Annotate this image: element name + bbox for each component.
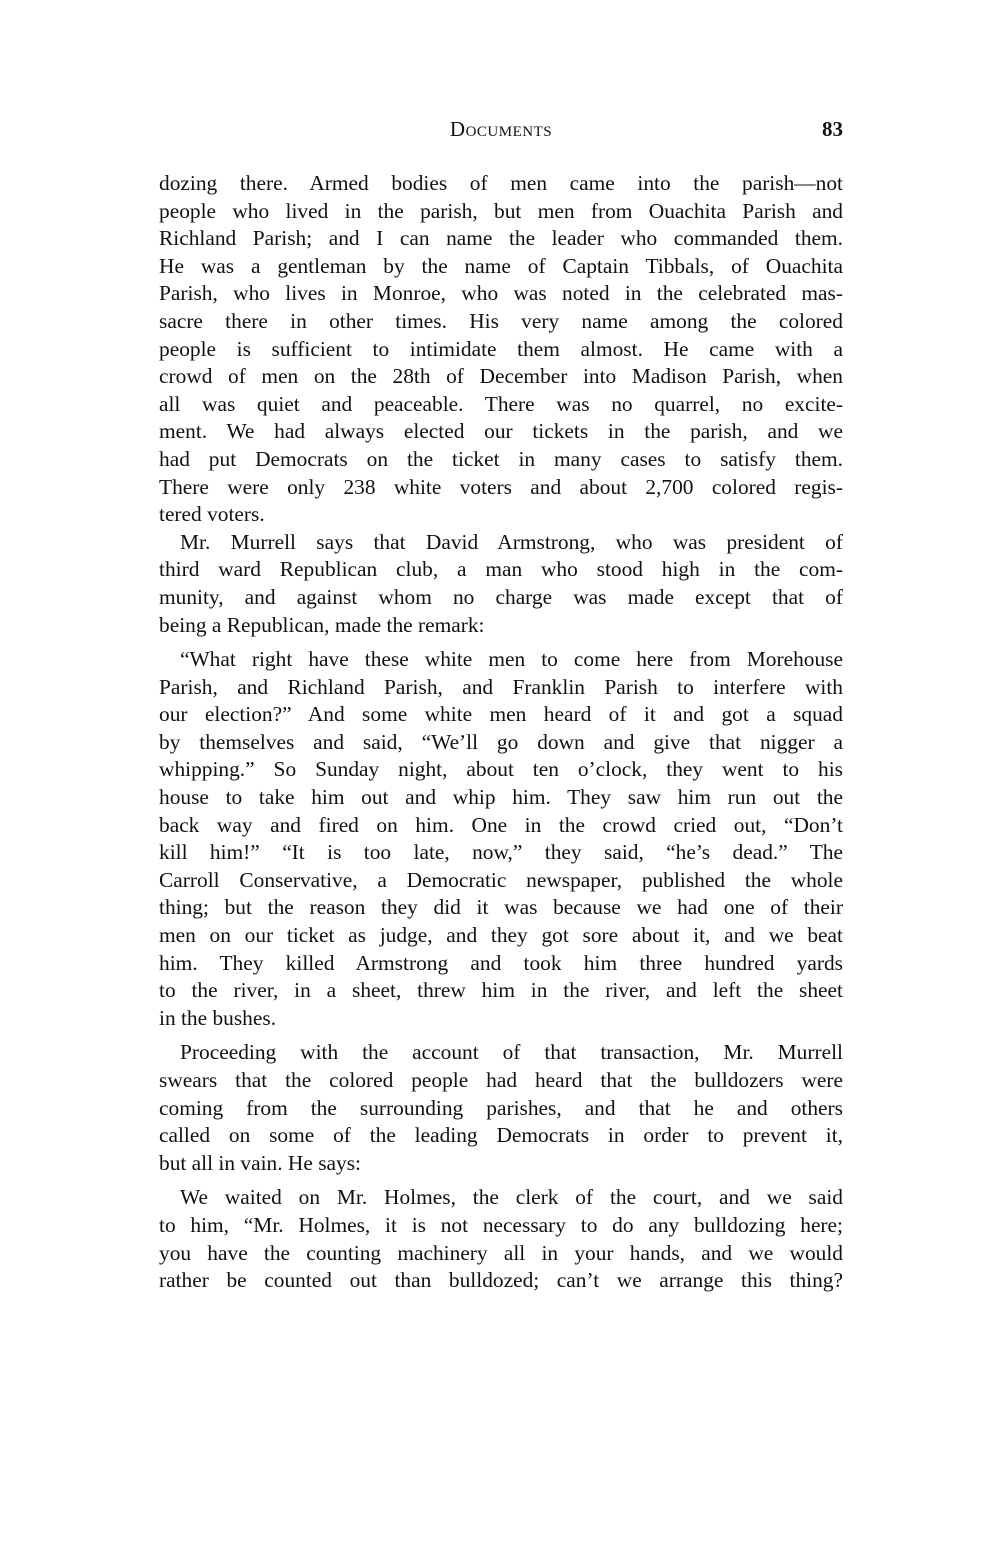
text-line: in the bushes.: [159, 1005, 843, 1033]
paragraph: Mr. Murrell says that David Armstrong, w…: [159, 529, 843, 639]
text-line: you have the counting machinery all in y…: [159, 1240, 843, 1268]
text-line: all was quiet and peaceable. There was n…: [159, 391, 843, 419]
text-line: back way and fired on him. One in the cr…: [159, 812, 843, 840]
text-line: He was a gentleman by the name of Captai…: [159, 253, 843, 281]
text-line: but all in vain. He says:: [159, 1150, 843, 1178]
text-line: dozing there. Armed bodies of men came i…: [159, 170, 843, 198]
text-line: third ward Republican club, a man who st…: [159, 556, 843, 584]
paragraph: dozing there. Armed bodies of men came i…: [159, 170, 843, 529]
text-line: Richland Parish; and I can name the lead…: [159, 225, 843, 253]
text-line: Proceeding with the account of that tran…: [159, 1039, 843, 1067]
text-line: men on our ticket as judge, and they got…: [159, 922, 843, 950]
running-title: Documents: [159, 114, 843, 144]
text-line: ment. We had always elected our tickets …: [159, 418, 843, 446]
text-line: rather be counted out than bulldozed; ca…: [159, 1267, 843, 1295]
text-line: our election?” And some white men heard …: [159, 701, 843, 729]
text-line: called on some of the leading Democrats …: [159, 1122, 843, 1150]
paragraph-gap: [159, 639, 843, 646]
body-text: dozing there. Armed bodies of men came i…: [159, 170, 843, 1295]
text-line: There were only 238 white voters and abo…: [159, 474, 843, 502]
paragraph-gap: [159, 1177, 843, 1184]
text-line: to the river, in a sheet, threw him in t…: [159, 977, 843, 1005]
paragraph: We waited on Mr. Holmes, the clerk of th…: [159, 1184, 843, 1294]
text-line: by themselves and said, “We’ll go down a…: [159, 729, 843, 757]
paragraph-gap: [159, 1032, 843, 1039]
text-line: sacre there in other times. His very nam…: [159, 308, 843, 336]
text-line: had put Democrats on the ticket in many …: [159, 446, 843, 474]
text-line: to him, “Mr. Holmes, it is not necessary…: [159, 1212, 843, 1240]
text-line: people who lived in the parish, but men …: [159, 198, 843, 226]
text-line: crowd of men on the 28th of December int…: [159, 363, 843, 391]
text-line: whipping.” So Sunday night, about ten o’…: [159, 756, 843, 784]
text-line: munity, and against whom no charge was m…: [159, 584, 843, 612]
text-line: him. They killed Armstrong and took him …: [159, 950, 843, 978]
text-line: thing; but the reason they did it was be…: [159, 894, 843, 922]
text-line: We waited on Mr. Holmes, the clerk of th…: [159, 1184, 843, 1212]
text-line: Carroll Conservative, a Democratic newsp…: [159, 867, 843, 895]
text-line: “What right have these white men to come…: [159, 646, 843, 674]
text-line: coming from the surrounding parishes, an…: [159, 1095, 843, 1123]
text-line: tered voters.: [159, 501, 843, 529]
text-line: people is sufficient to intimidate them …: [159, 336, 843, 364]
text-line: being a Republican, made the remark:: [159, 612, 843, 640]
paragraph: Proceeding with the account of that tran…: [159, 1039, 843, 1177]
text-line: Parish, and Richland Parish, and Frankli…: [159, 674, 843, 702]
running-head: Documents 83: [159, 114, 843, 144]
paragraph: “What right have these white men to come…: [159, 646, 843, 1032]
page-number: 83: [822, 114, 843, 144]
text-line: house to take him out and whip him. They…: [159, 784, 843, 812]
text-line: kill him!” “It is too late, now,” they s…: [159, 839, 843, 867]
document-page: Documents 83 dozing there. Armed bodies …: [0, 0, 1000, 1553]
text-line: swears that the colored people had heard…: [159, 1067, 843, 1095]
text-line: Parish, who lives in Monroe, who was not…: [159, 280, 843, 308]
text-line: Mr. Murrell says that David Armstrong, w…: [159, 529, 843, 557]
